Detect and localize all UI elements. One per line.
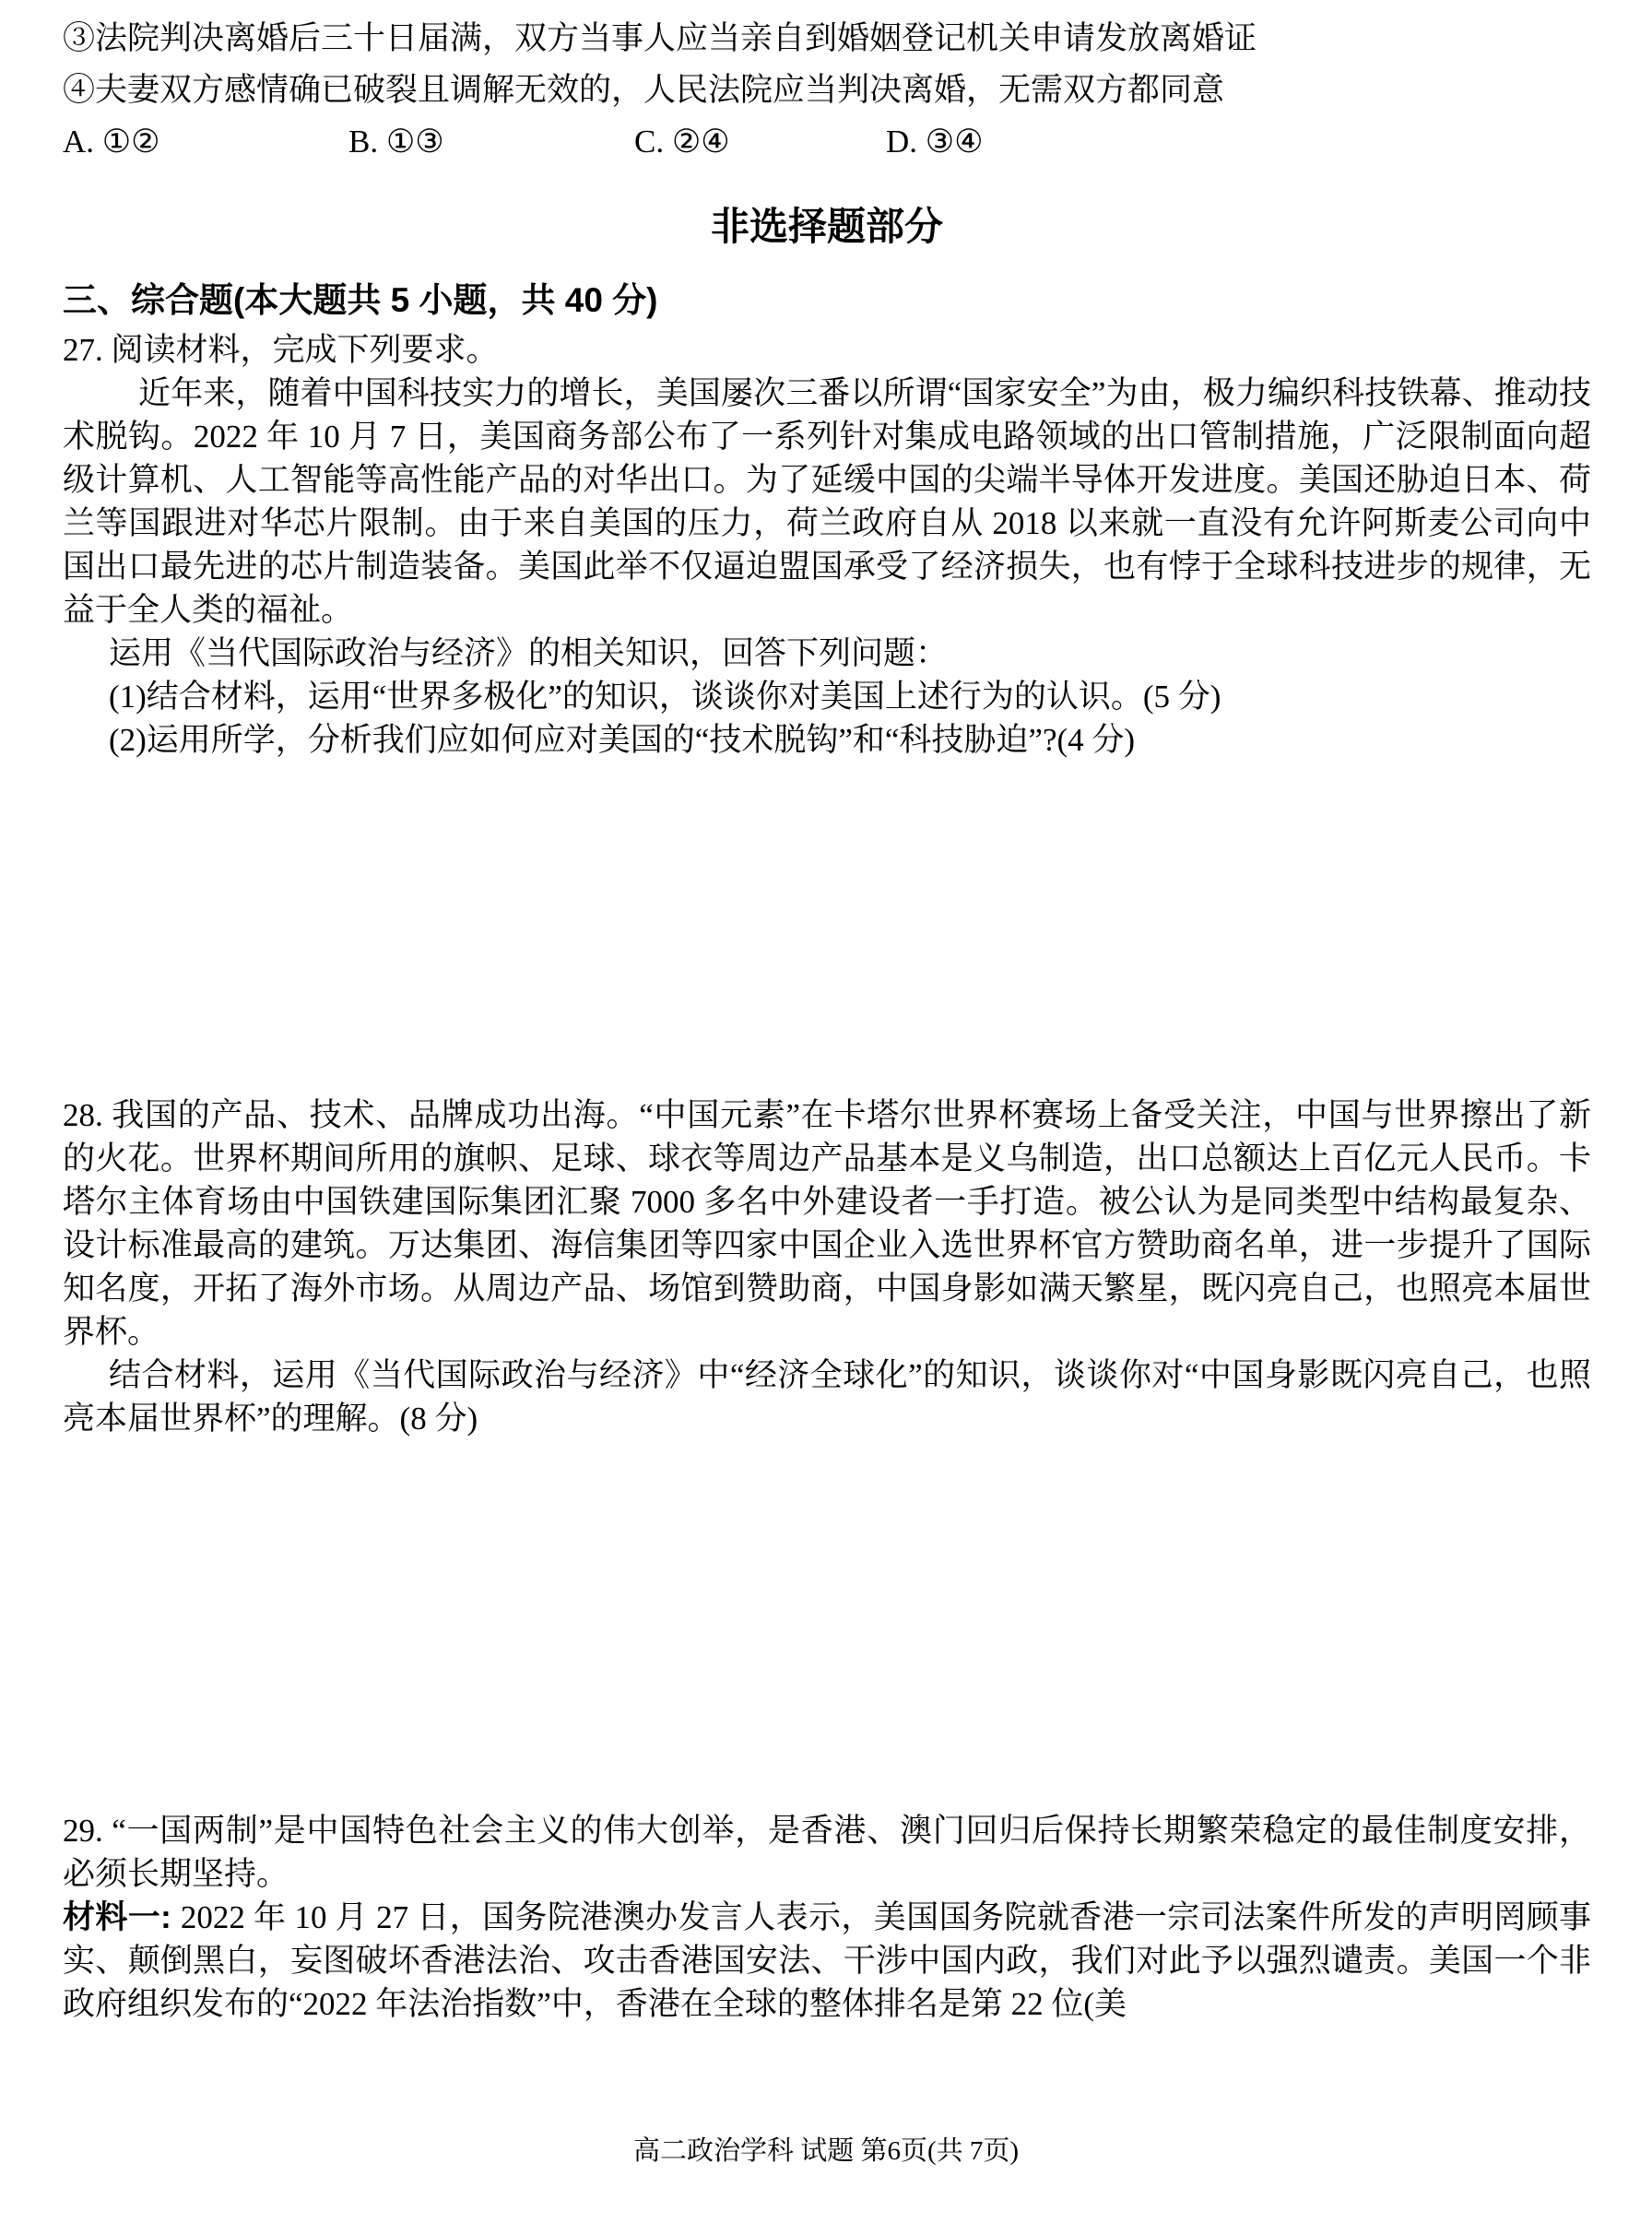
- question26-options: A. ①② B. ①③ C. ②④ D. ③④: [63, 116, 1591, 168]
- q27-intro: 27. 阅读材料，完成下列要求。: [63, 328, 1591, 372]
- q29-material-1: 材料一:2022 年 10 月 27 日，国务院港澳办发言人表示，美国国务院就香…: [63, 1896, 1591, 2026]
- q27-prompt: 运用《当代国际政治与经济》的相关知识，回答下列问题：: [63, 632, 1591, 675]
- exam-page: ③法院判决离婚后三十日届满，双方当事人应当亲自到婚姻登记机关申请发放离婚证 ④夫…: [0, 0, 1652, 2026]
- section-subtitle: 三、综合题(本大题共 5 小题，共 40 分): [63, 278, 1591, 323]
- q28-material: 28. 我国的产品、技术、品牌成功出海。“中国元素”在卡塔尔世界杯赛场上备受关注…: [63, 1094, 1591, 1354]
- q27-subquestion-1: (1)结合材料，运用“世界多极化”的知识，谈谈你对美国上述行为的认识。(5 分): [63, 675, 1591, 718]
- question-29: 29. “一国两制”是中国特色社会主义的伟大创举，是香港、澳门回归后保持长期繁荣…: [63, 1809, 1591, 2026]
- section-title: 非选择题部分: [63, 203, 1591, 251]
- page-footer: 高二政治学科 试题 第6页(共 7页): [0, 2134, 1652, 2168]
- question-27: 27. 阅读材料，完成下列要求。 近年来，随着中国科技实力的增长，美国屡次三番以…: [63, 328, 1591, 762]
- option-d: D. ③④: [886, 116, 1591, 168]
- option-a: A. ①②: [63, 116, 348, 168]
- q27-subquestion-2: (2)运用所学，分析我们应如何应对美国的“技术脱钩”和“科技胁迫”?(4 分): [63, 718, 1591, 762]
- q28-prompt: 结合材料，运用《当代国际政治与经济》中“经济全球化”的知识，谈谈你对“中国身影既…: [63, 1354, 1591, 1440]
- material1-label: 材料一:: [63, 1899, 171, 1935]
- question26-statement-3: ③法院判决离婚后三十日届满，双方当事人应当亲自到婚姻登记机关申请发放离婚证: [63, 13, 1591, 65]
- option-b: B. ①③: [348, 116, 634, 168]
- question26-statement-4: ④夫妻双方感情确已破裂且调解无效的，人民法院应当判决离婚，无需双方都同意: [63, 65, 1591, 116]
- q29-intro: 29. “一国两制”是中国特色社会主义的伟大创举，是香港、澳门回归后保持长期繁荣…: [63, 1809, 1591, 1896]
- answer-space: [63, 1440, 1591, 1809]
- answer-space: [63, 762, 1591, 1094]
- q27-material: 近年来，随着中国科技实力的增长，美国屡次三番以所谓“国家安全”为由，极力编织科技…: [63, 372, 1591, 632]
- material1-text: 2022 年 10 月 27 日，国务院港澳办发言人表示，美国国务院就香港一宗司…: [63, 1899, 1591, 2022]
- question-28: 28. 我国的产品、技术、品牌成功出海。“中国元素”在卡塔尔世界杯赛场上备受关注…: [63, 1094, 1591, 1440]
- option-c: C. ②④: [634, 116, 886, 168]
